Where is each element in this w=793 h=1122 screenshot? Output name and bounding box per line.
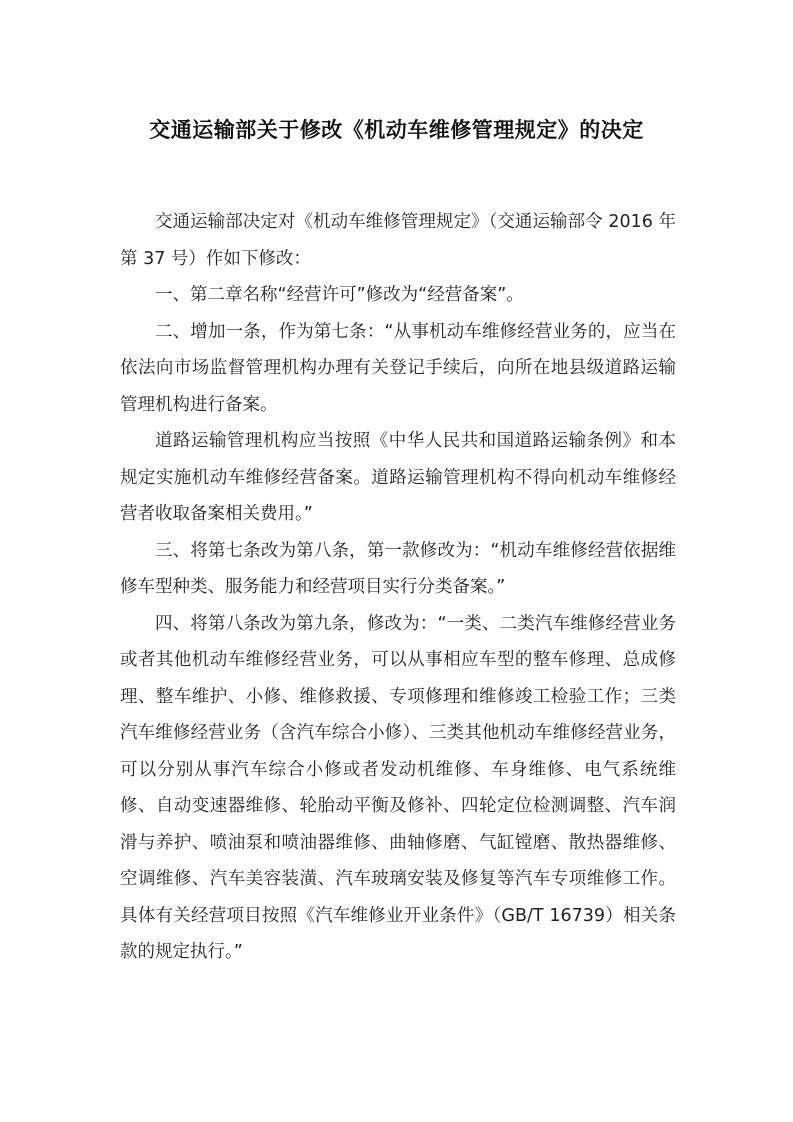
- paragraph-amendment-1: 一、第二章名称“经营许可”修改为“经营备案”。: [120, 277, 676, 314]
- document-body: 交通运输部决定对《机动车维修管理规定》（交通运输部令 2016 年第 37 号）…: [120, 204, 676, 971]
- document-page: 交通运输部关于修改《机动车维修管理规定》的决定 交通运输部决定对《机动车维修管理…: [0, 0, 793, 1122]
- paragraph-amendment-3: 三、将第七条改为第八条，第一款修改为：“机动车维修经营依据维修车型种类、服务能力…: [120, 533, 676, 606]
- paragraph-intro: 交通运输部决定对《机动车维修管理规定》（交通运输部令 2016 年第 37 号）…: [120, 204, 676, 277]
- paragraph-amendment-2-cont: 道路运输管理机构应当按照《中华人民共和国道路运输条例》和本规定实施机动车维修经营…: [120, 423, 676, 533]
- document-title: 交通运输部关于修改《机动车维修管理规定》的决定: [0, 114, 793, 146]
- paragraph-amendment-2: 二、增加一条，作为第七条：“从事机动车维修经营业务的，应当在依法向市场监督管理机…: [120, 314, 676, 424]
- paragraph-amendment-4: 四、将第八条改为第九条，修改为：“一类、二类汽车维修经营业务或者其他机动车维修经…: [120, 606, 676, 971]
